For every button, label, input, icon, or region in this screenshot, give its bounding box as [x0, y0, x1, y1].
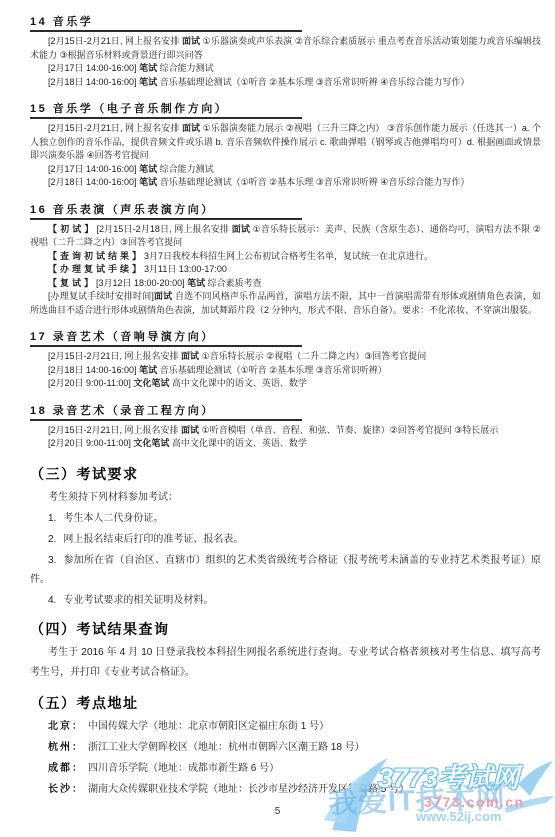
schedule-line: [2月17日 14:00-16:00] 笔试 综合能力测试	[30, 163, 541, 177]
section-result-query: （四）考试结果查询 考生于 2016 年 4 月 10 日登录我校本科招生网报名…	[30, 621, 541, 684]
section-title: 14 音乐学	[30, 16, 302, 32]
bold-run: 【初试】	[48, 224, 97, 234]
section-title: 16 音乐表演（声乐表演方向）	[30, 204, 302, 220]
text-run: 高中文化课中的语文、英语、数学	[169, 378, 307, 388]
text-run: [办理复试手续时安排时间]	[48, 291, 154, 301]
bold-run: 笔试	[139, 63, 157, 73]
schedule-line: [办理复试手续时安排时间]面试 自选不同风格声乐作品两首，演唱方法不限，其中一首…	[30, 290, 541, 317]
venue-address: 中国传媒大学（地址：北京市朝阳区定福庄东街 1 号）	[88, 721, 329, 732]
text-run: [2月15日-2月21日, 网上报名安排	[48, 351, 181, 361]
bold-run: 文化笔试	[133, 378, 169, 388]
item-text: 网上报名结束后打印的准考证、报名表。	[63, 534, 243, 545]
bold-run: 文化笔试	[133, 438, 169, 448]
section-16-vocal-performance: 16 音乐表演（声乐表演方向） 【初试】[2月15日-2月18日, 网上报名安排…	[30, 204, 541, 318]
text-run: [2月15日-2月21日, 网上报名安排	[48, 123, 182, 133]
venue-city: 长沙：	[48, 784, 84, 795]
schedule-line: [2月15日-2月21日, 网上报名安排 面试 ①音乐特长展示 ②视唱（二升二降…	[30, 350, 541, 364]
schedule-line: [2月18日 14:00-16:00] 笔试 音乐基础理论测试（①听音 ②基本乐…	[30, 76, 541, 90]
text-run: [2月17日 14:00-16:00]	[48, 164, 139, 174]
schedule-line: [2月18日 14:00-16:00] 笔试 音乐基础理论测试（①听音 ②基本乐…	[30, 176, 541, 190]
requirements-heading: （三）考试要求	[30, 466, 541, 482]
schedule-line: [2月15日-2月21日, 网上报名安排 面试 ①乐器演奏或声乐表演 ②音乐综合…	[30, 35, 541, 62]
text-run: [2月18日 14:00-16:00]	[48, 77, 139, 87]
schedule-line: [2月18日 14:00-16:00] 笔试 音乐基础理论测试（①听音 ②基本乐…	[30, 364, 541, 378]
item-number: 4.	[48, 595, 56, 606]
item-text: 考生本人二代身份证。	[63, 513, 163, 524]
venue-address: 湖南大众传媒职业技术学院（地址：长沙市星沙经济开发区特立路 5 号）	[88, 784, 409, 795]
text-run: 综合能力测试	[157, 164, 214, 174]
requirement-item: 2.网上报名结束后打印的准考证、报名表。	[30, 530, 541, 549]
text-run: [2月20日 9:00-11:00]	[48, 438, 133, 448]
venue-address: 浙江工业大学朝晖校区（地址：杭州市朝晖六区潮王路 18 号）	[88, 742, 365, 753]
venue-address: 四川音乐学院（地址：成都市新生路 6 号）	[88, 763, 279, 774]
section-exam-requirements: （三）考试要求 考生须持下列材料参加考试： 1.考生本人二代身份证。 2.网上报…	[30, 466, 541, 610]
text-run: 3月11日 13:00-17:00	[144, 264, 227, 274]
requirement-item: 4.专业考试要求的相关证明及材料。	[30, 591, 541, 610]
venue-city: 杭州：	[48, 742, 84, 753]
section-18-recording-engineering: 18 录音艺术（录音工程方向） [2月15日-2月21日, 网上报名安排 面试 …	[30, 405, 541, 451]
venue-row: 杭州：浙江工业大学朝晖校区（地址：杭州市朝晖六区潮王路 18 号）	[30, 738, 541, 757]
schedule-line: 【办理复试手续】3月11日 13:00-17:00	[30, 263, 541, 277]
venue-row: 成都：四川音乐学院（地址：成都市新生路 6 号）	[30, 759, 541, 778]
schedule-line: [2月15日-2月21日, 网上报名安排 面试 ①听音模唱（单音、音程、和弦、节…	[30, 424, 541, 438]
bold-run: 笔试	[139, 177, 157, 187]
section-title: 18 录音艺术（录音工程方向）	[30, 405, 302, 421]
section-15-electronic-music: 15 音乐学（电子音乐制作方向） [2月15日-2月21日, 网上报名安排 面试…	[30, 103, 541, 190]
text-run: [2月15日-2月21日, 网上报名安排	[48, 425, 181, 435]
item-text: 专业考试要求的相关证明及材料。	[63, 595, 213, 606]
bold-run: 面试	[182, 123, 200, 133]
text-run: 音乐基础理论测试（①听音 ②基本乐理 ③音乐常识听辨 ④音乐综合能力写作）	[157, 177, 469, 187]
item-number: 2.	[48, 534, 56, 545]
text-run: [2月15日-2月18日, 网上报名安排	[97, 224, 232, 234]
document-page: 14 音乐学 [2月15日-2月21日, 网上报名安排 面试 ①乐器演奏或声乐表…	[0, 0, 555, 837]
venue-row: 长沙：湖南大众传媒职业技术学院（地址：长沙市星沙经济开发区特立路 5 号）	[30, 780, 541, 799]
bold-run: 面试	[181, 425, 199, 435]
bold-run: 面试	[154, 291, 172, 301]
schedule-line: 【复试】[3月12日 18:00-20:00] 笔试 综合素质考查	[30, 277, 541, 291]
item-number: 3.	[48, 555, 56, 566]
section-17-sound-direction: 17 录音艺术（音响导演方向） [2月15日-2月21日, 网上报名安排 面试 …	[30, 331, 541, 391]
requirement-item: 3.参加所在省（自治区、直辖市）组织的艺术类省级统考合格证（报考统考未涵盖的专业…	[30, 551, 541, 589]
section-title: 17 录音艺术（音响导演方向）	[30, 331, 302, 347]
item-text: 参加所在省（自治区、直辖市）组织的艺术类省级统考合格证（报考统考未涵盖的专业持艺…	[30, 555, 541, 585]
bold-run: 面试	[232, 224, 250, 234]
text-run: 综合素质考查	[205, 278, 262, 288]
page-number: 5	[0, 806, 555, 817]
text-run: [3月12日 18:00-20:00]	[96, 278, 187, 288]
text-run: 3月7日我校本科招生网上公布初试合格考生名单，复试统一在北京进行。	[144, 251, 433, 261]
bold-run: 【复试】	[48, 278, 96, 288]
text-run: 音乐基础理论测试（①听音 ②基本乐理 ③音乐常识听辨）	[157, 365, 387, 375]
results-heading: （四）考试结果查询	[30, 621, 541, 637]
bold-run: 笔试	[139, 77, 157, 87]
bold-run: 【查询初试结果】	[48, 251, 144, 261]
text-run: ①听音模唱（单音、音程、和弦、节奏、旋律）②回答考官提问 ③特长展示	[199, 425, 498, 435]
bold-run: 【办理复试手续】	[48, 264, 144, 274]
results-body: 考生于 2016 年 4 月 10 日登录我校本科招生网报名系统进行查询。专业考…	[30, 643, 541, 684]
text-run: [2月18日 14:00-16:00]	[48, 177, 139, 187]
schedule-line: [2月20日 9:00-11:00] 文化笔试 高中文化课中的语文、英语、数学	[30, 377, 541, 391]
venues-heading: （五）考点地址	[30, 695, 541, 711]
section-title: 15 音乐学（电子音乐制作方向）	[30, 103, 302, 119]
text-run: 高中文化课中的语文、英语、数学	[169, 438, 307, 448]
schedule-line: [2月17日 14:00-16:00] 笔试 综合能力测试	[30, 62, 541, 76]
requirement-item: 1.考生本人二代身份证。	[30, 509, 541, 528]
text-run: 音乐基础理论测试（①听音 ②基本乐理 ③音乐常识听辨 ④音乐综合能力写作）	[157, 77, 469, 87]
schedule-line: 【查询初试结果】3月7日我校本科招生网上公布初试合格考生名单，复试统一在北京进行…	[30, 250, 541, 264]
text-run: [2月18日 14:00-16:00]	[48, 365, 139, 375]
section-14-musicology: 14 音乐学 [2月15日-2月21日, 网上报名安排 面试 ①乐器演奏或声乐表…	[30, 16, 541, 89]
text-run: 综合能力测试	[157, 63, 214, 73]
text-run: [2月15日-2月21日, 网上报名安排	[48, 36, 182, 46]
section-venue-addresses: （五）考点地址 北京：中国传媒大学（地址：北京市朝阳区定福庄东街 1 号） 杭州…	[30, 695, 541, 799]
bold-run: 面试	[181, 351, 199, 361]
text-run: ①音乐特长展示 ②视唱（二升二降之内）③回答考官提问	[199, 351, 426, 361]
text-run: [2月17日 14:00-16:00]	[48, 63, 139, 73]
requirements-intro: 考生须持下列材料参加考试：	[30, 488, 541, 507]
bold-run: 笔试	[139, 365, 157, 375]
bold-run: 笔试	[187, 278, 205, 288]
bold-run: 面试	[182, 36, 200, 46]
venue-city: 北京：	[48, 721, 84, 732]
bold-run: 笔试	[139, 164, 157, 174]
schedule-line: 【初试】[2月15日-2月18日, 网上报名安排 面试 ①音乐特长展示：美声、民…	[30, 223, 541, 250]
item-number: 1.	[48, 513, 56, 524]
schedule-line: [2月20日 9:00-11:00] 文化笔试 高中文化课中的语文、英语、数学	[30, 437, 541, 451]
schedule-line: [2月15日-2月21日, 网上报名安排 面试 ①乐器演奏能力展示 ②视唱（三升…	[30, 122, 541, 163]
text-run: [2月20日 9:00-11:00]	[48, 378, 133, 388]
venue-city: 成都：	[48, 763, 84, 774]
venue-row: 北京：中国传媒大学（地址：北京市朝阳区定福庄东街 1 号）	[30, 717, 541, 736]
